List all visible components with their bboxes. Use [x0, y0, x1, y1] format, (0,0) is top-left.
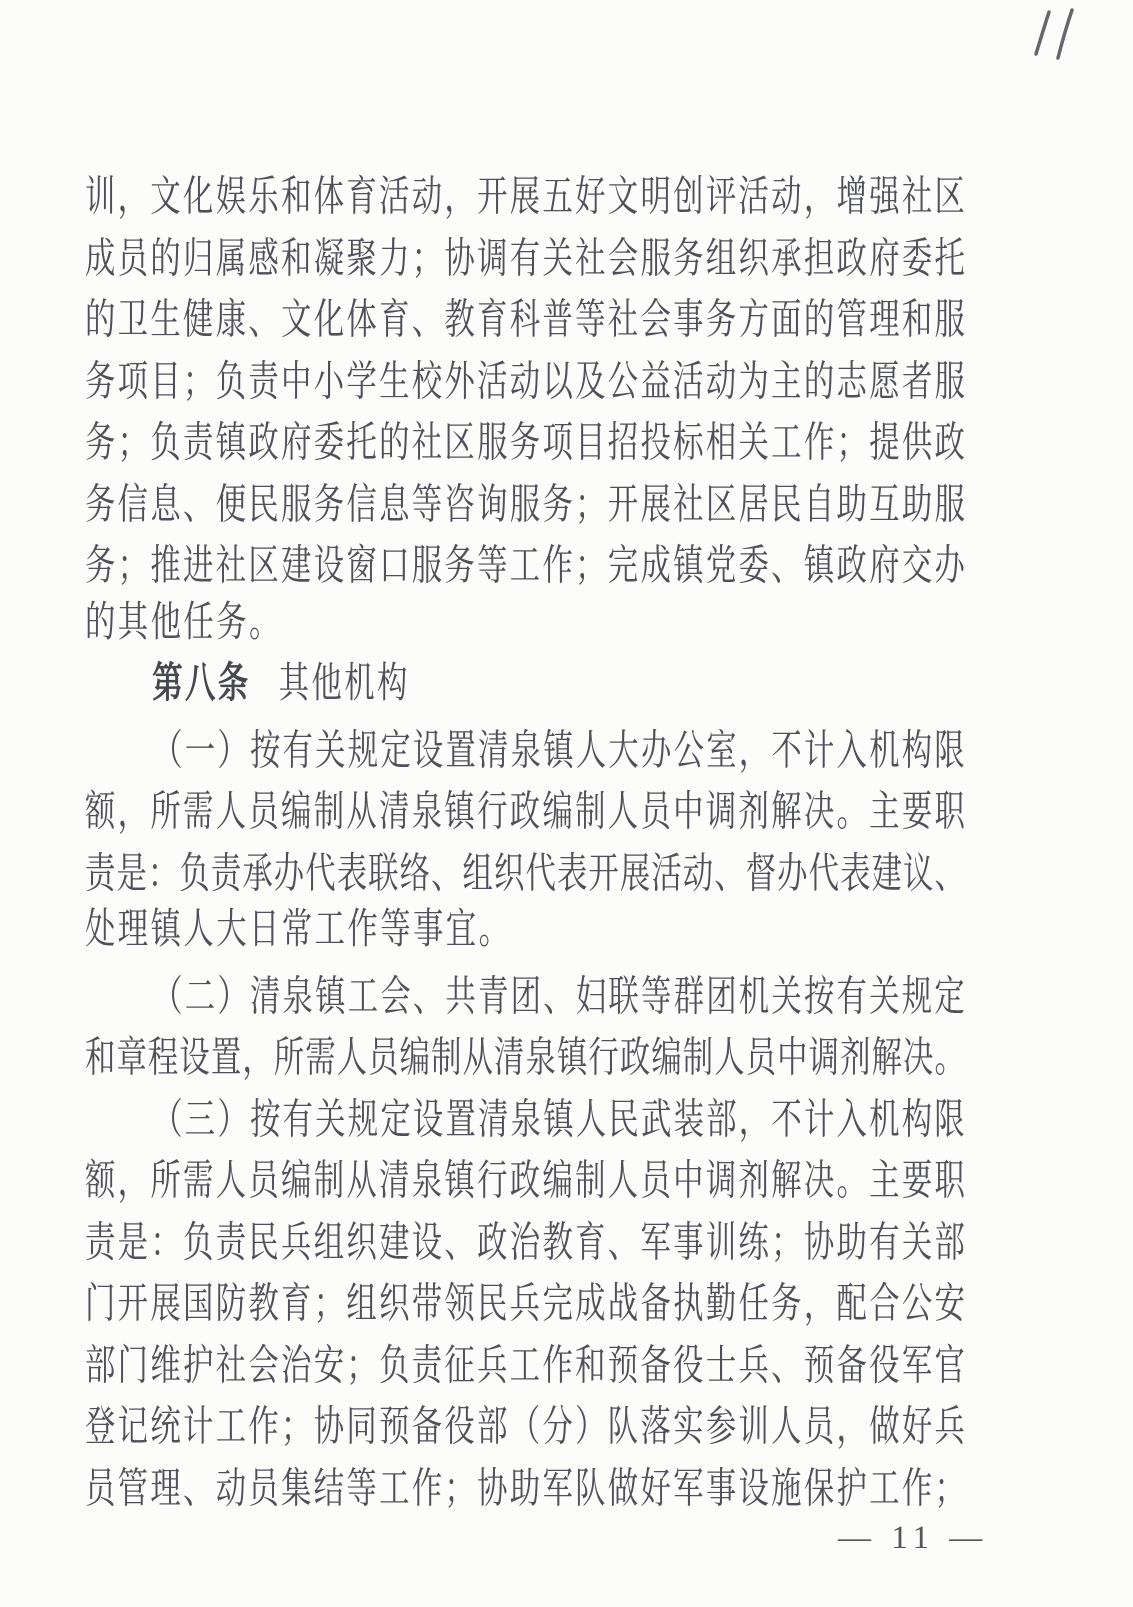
text-line: 门开展国防教育；组织带领民兵完成战备执勤任务，配合公安 [85, 1266, 965, 1334]
document-body: 训，文化娱乐和体育活动，开展五好文明创评活动，增强社区 成员的归属感和凝聚力；协… [85, 162, 965, 1515]
text-line: 处理镇人大日常工作等事宜。 [85, 897, 965, 965]
text-line: （二）清泉镇工会、共青团、妇联等群团机关按有关规定 [85, 958, 965, 1026]
text-line: 训，文化娱乐和体育活动，开展五好文明创评活动，增强社区 [85, 159, 965, 227]
paragraph: （二）清泉镇工会、共青团、妇联等群团机关按有关规定 和章程设置，所需人员编制从清… [85, 962, 965, 1085]
text-line: 额，所需人员编制从清泉镇行政编制人员中调剂解决。主要职 [85, 774, 965, 842]
text-line: 责是：负责承办代表联络、组织代表开展活动、督办代表建议、 [85, 835, 965, 903]
text-line: 额，所需人员编制从清泉镇行政编制人员中调剂解决。主要职 [85, 1143, 965, 1211]
paragraph: （一）按有关规定设置清泉镇人大办公室，不计入机构限 额，所需人员编制从清泉镇行政… [85, 716, 965, 962]
text-line: 责是：负责民兵组织建设、政治教育、军事训练；协助有关部 [85, 1204, 965, 1272]
text-line: （三）按有关规定设置清泉镇人民武装部，不计入机构限 [85, 1081, 965, 1149]
text-line: 务；负责镇政府委托的社区服务项目招投标相关工作；提供政 [85, 405, 965, 473]
paragraph: （三）按有关规定设置清泉镇人民武装部，不计入机构限 额，所需人员编制从清泉镇行政… [85, 1085, 965, 1516]
text-line: 务项目；负责中小学生校外活动以及公益活动为主的志愿者服 [85, 343, 965, 411]
handwritten-page-mark [1022, 4, 1088, 68]
text-line: 和章程设置，所需人员编制从清泉镇行政编制人员中调剂解决。 [85, 1020, 965, 1088]
text-line: 部门维护社会治安；负责征兵工作和预备役士兵、预备役军官 [85, 1327, 965, 1395]
article-heading: 第八条其他机构 [85, 651, 965, 719]
paragraph: 训，文化娱乐和体育活动，开展五好文明创评活动，增强社区 成员的归属感和凝聚力；协… [85, 162, 965, 654]
text-line: 员管理、动员集结等工作；协助军队做好军事设施保护工作； [85, 1450, 965, 1518]
text-line: （一）按有关规定设置清泉镇人大办公室，不计入机构限 [85, 712, 965, 780]
page-number: — 11 — [838, 1520, 988, 1557]
text-line: 务信息、便民服务信息等咨询服务；开展社区居民自助互助服 [85, 466, 965, 534]
text-line: 务；推进社区建设窗口服务等工作；完成镇党委、镇政府交办 [85, 528, 965, 596]
scanned-document-page: 训，文化娱乐和体育活动，开展五好文明创评活动，增强社区 成员的归属感和凝聚力；协… [0, 0, 1133, 1607]
text-line: 的其他任务。 [85, 589, 965, 657]
article-title: 其他机构 [279, 661, 410, 707]
text-line: 登记统计工作；协同预备役部（分）队落实参训人员，做好兵 [85, 1389, 965, 1457]
text-line: 成员的归属感和凝聚力；协调有关社会服务组织承担政府委托 [85, 220, 965, 288]
article-number: 第八条 [152, 661, 250, 707]
text-line: 的卫生健康、文化体育、教育科普等社会事务方面的管理和服 [85, 282, 965, 350]
